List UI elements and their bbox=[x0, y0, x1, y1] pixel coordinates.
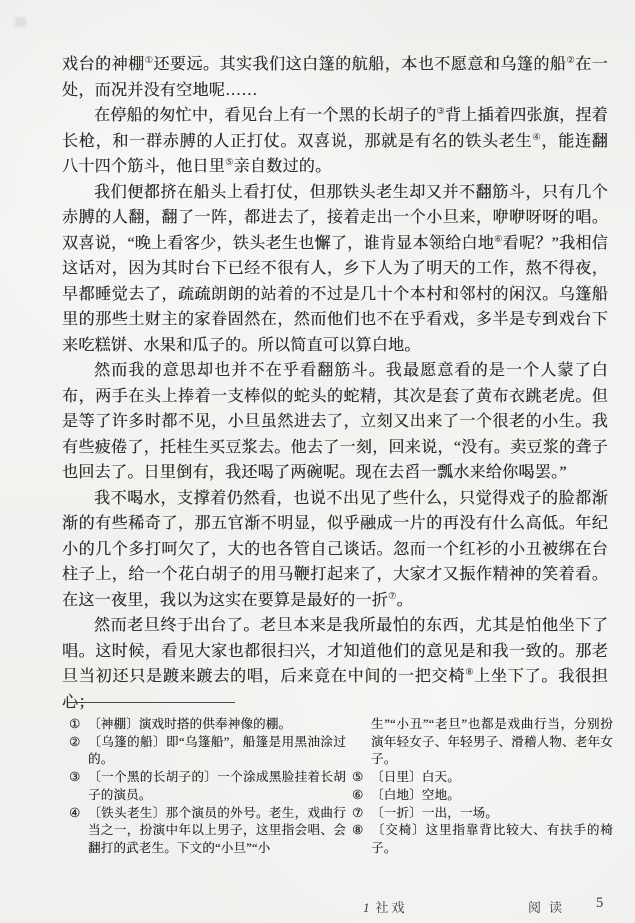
page-number: 5 bbox=[596, 895, 603, 912]
paragraph-3: 我们便都挤在船头上看打仗，但那铁头老生却又并不翻筋斗，只有几个赤膊的人翻，翻了一… bbox=[62, 180, 608, 359]
footnotes-left-column: ①〔神棚〕演戏时搭的供奉神像的棚。 ②〔乌篷的船〕即“乌篷船”，船篷是用黑油涂过… bbox=[69, 716, 346, 858]
footnote-8-marker: ⑧ bbox=[352, 822, 366, 840]
footnote-8-text: 〔交椅〕这里指靠背比较大、有扶手的椅子。 bbox=[371, 823, 613, 855]
section-label: 阅读 bbox=[528, 897, 570, 916]
footnote-2: ②〔乌篷的船〕即“乌篷船”，船篷是用黑油涂过的。 bbox=[69, 734, 346, 769]
footnote-5-marker: ⑤ bbox=[352, 769, 366, 787]
footnote-6-text: 〔白地〕空地。 bbox=[371, 788, 460, 802]
paragraph-1: 戏台的神棚①还要远。其实我们这白篷的航船，本也不愿意和乌篷的船②在一处，而况并没… bbox=[62, 52, 608, 103]
lesson-label: 1社戏 bbox=[363, 897, 408, 916]
footnote-6: ⑥〔白地〕空地。 bbox=[352, 787, 613, 805]
footnote-7-text: 〔一折〕一出，一场。 bbox=[371, 806, 498, 820]
paragraph-2: 在停船的匆忙中，看见台上有一个黑的长胡子的③背上插着四张旗，捏着长枪，和一群赤膊… bbox=[62, 103, 608, 180]
footnote-separator-rule bbox=[68, 702, 235, 703]
footnote-4-text: 〔铁头老生〕那个演员的外号。老生，戏曲行当之一，扮演中年以上男子，这里指会唱、会… bbox=[88, 806, 346, 855]
footnote-1-marker: ① bbox=[69, 716, 83, 734]
lesson-number: 1 bbox=[363, 900, 370, 915]
footnote-5: ⑤〔日里〕白天。 bbox=[352, 769, 613, 787]
footnote-3-text: 〔一个黑的长胡子的〕一个涂成黑脸挂着长胡子的演员。 bbox=[88, 770, 346, 802]
footnote-8: ⑧〔交椅〕这里指靠背比较大、有扶手的椅子。 bbox=[352, 822, 613, 857]
footnotes-right-column: 生”“小丑”“老旦”也都是戏曲行当，分别扮演年轻女子、年轻男子、滑稽人物、老年女… bbox=[352, 716, 613, 858]
footnote-2-marker: ② bbox=[69, 734, 83, 752]
paragraph-4: 然而我的意思却也并不在乎看翻筋斗。我最愿意看的是一个人蒙了白布，两手在头上捧着一… bbox=[62, 358, 608, 486]
footnote-2-text: 〔乌篷的船〕即“乌篷船”，船篷是用黑油涂过的。 bbox=[88, 735, 346, 767]
footnote-3-marker: ③ bbox=[69, 769, 83, 787]
footnote-1: ①〔神棚〕演戏时搭的供奉神像的棚。 bbox=[69, 716, 346, 734]
lesson-title: 社戏 bbox=[376, 900, 408, 915]
paragraph-6: 然而老旦终于出台了。老旦本来是我所最怕的东西，尤其是怕他坐下了唱。这时候，看见大… bbox=[62, 613, 608, 715]
footnote-4-continuation: 生”“小丑”“老旦”也都是戏曲行当，分别扮演年轻女子、年轻男子、滑稽人物、老年女… bbox=[352, 716, 613, 769]
paragraph-5: 我不喝水，支撑着仍然看，也说不出见了些什么，只觉得戏子的脸都渐渐的有些稀奇了，那… bbox=[62, 486, 608, 614]
textbook-page: 戏台的神棚①还要远。其实我们这白篷的航船，本也不愿意和乌篷的船②在一处，而况并没… bbox=[0, 0, 635, 923]
footnote-6-marker: ⑥ bbox=[352, 787, 366, 805]
footnote-5-text: 〔日里〕白天。 bbox=[371, 770, 460, 784]
main-text-block: 戏台的神棚①还要远。其实我们这白篷的航船，本也不愿意和乌篷的船②在一处，而况并没… bbox=[62, 52, 608, 715]
page-footer: 1社戏 阅读 5 bbox=[0, 897, 635, 917]
footnote-4: ④〔铁头老生〕那个演员的外号。老生，戏曲行当之一，扮演中年以上男子，这里指会唱、… bbox=[69, 805, 346, 858]
footnote-1-text: 〔神棚〕演戏时搭的供奉神像的棚。 bbox=[88, 717, 291, 731]
footnote-3: ③〔一个黑的长胡子的〕一个涂成黑脸挂着长胡子的演员。 bbox=[69, 769, 346, 804]
footnote-4-marker: ④ bbox=[69, 805, 83, 823]
footnote-7-marker: ⑦ bbox=[352, 805, 366, 823]
footnote-7: ⑦〔一折〕一出，一场。 bbox=[352, 805, 613, 823]
scan-smudge-mark bbox=[15, 17, 26, 27]
